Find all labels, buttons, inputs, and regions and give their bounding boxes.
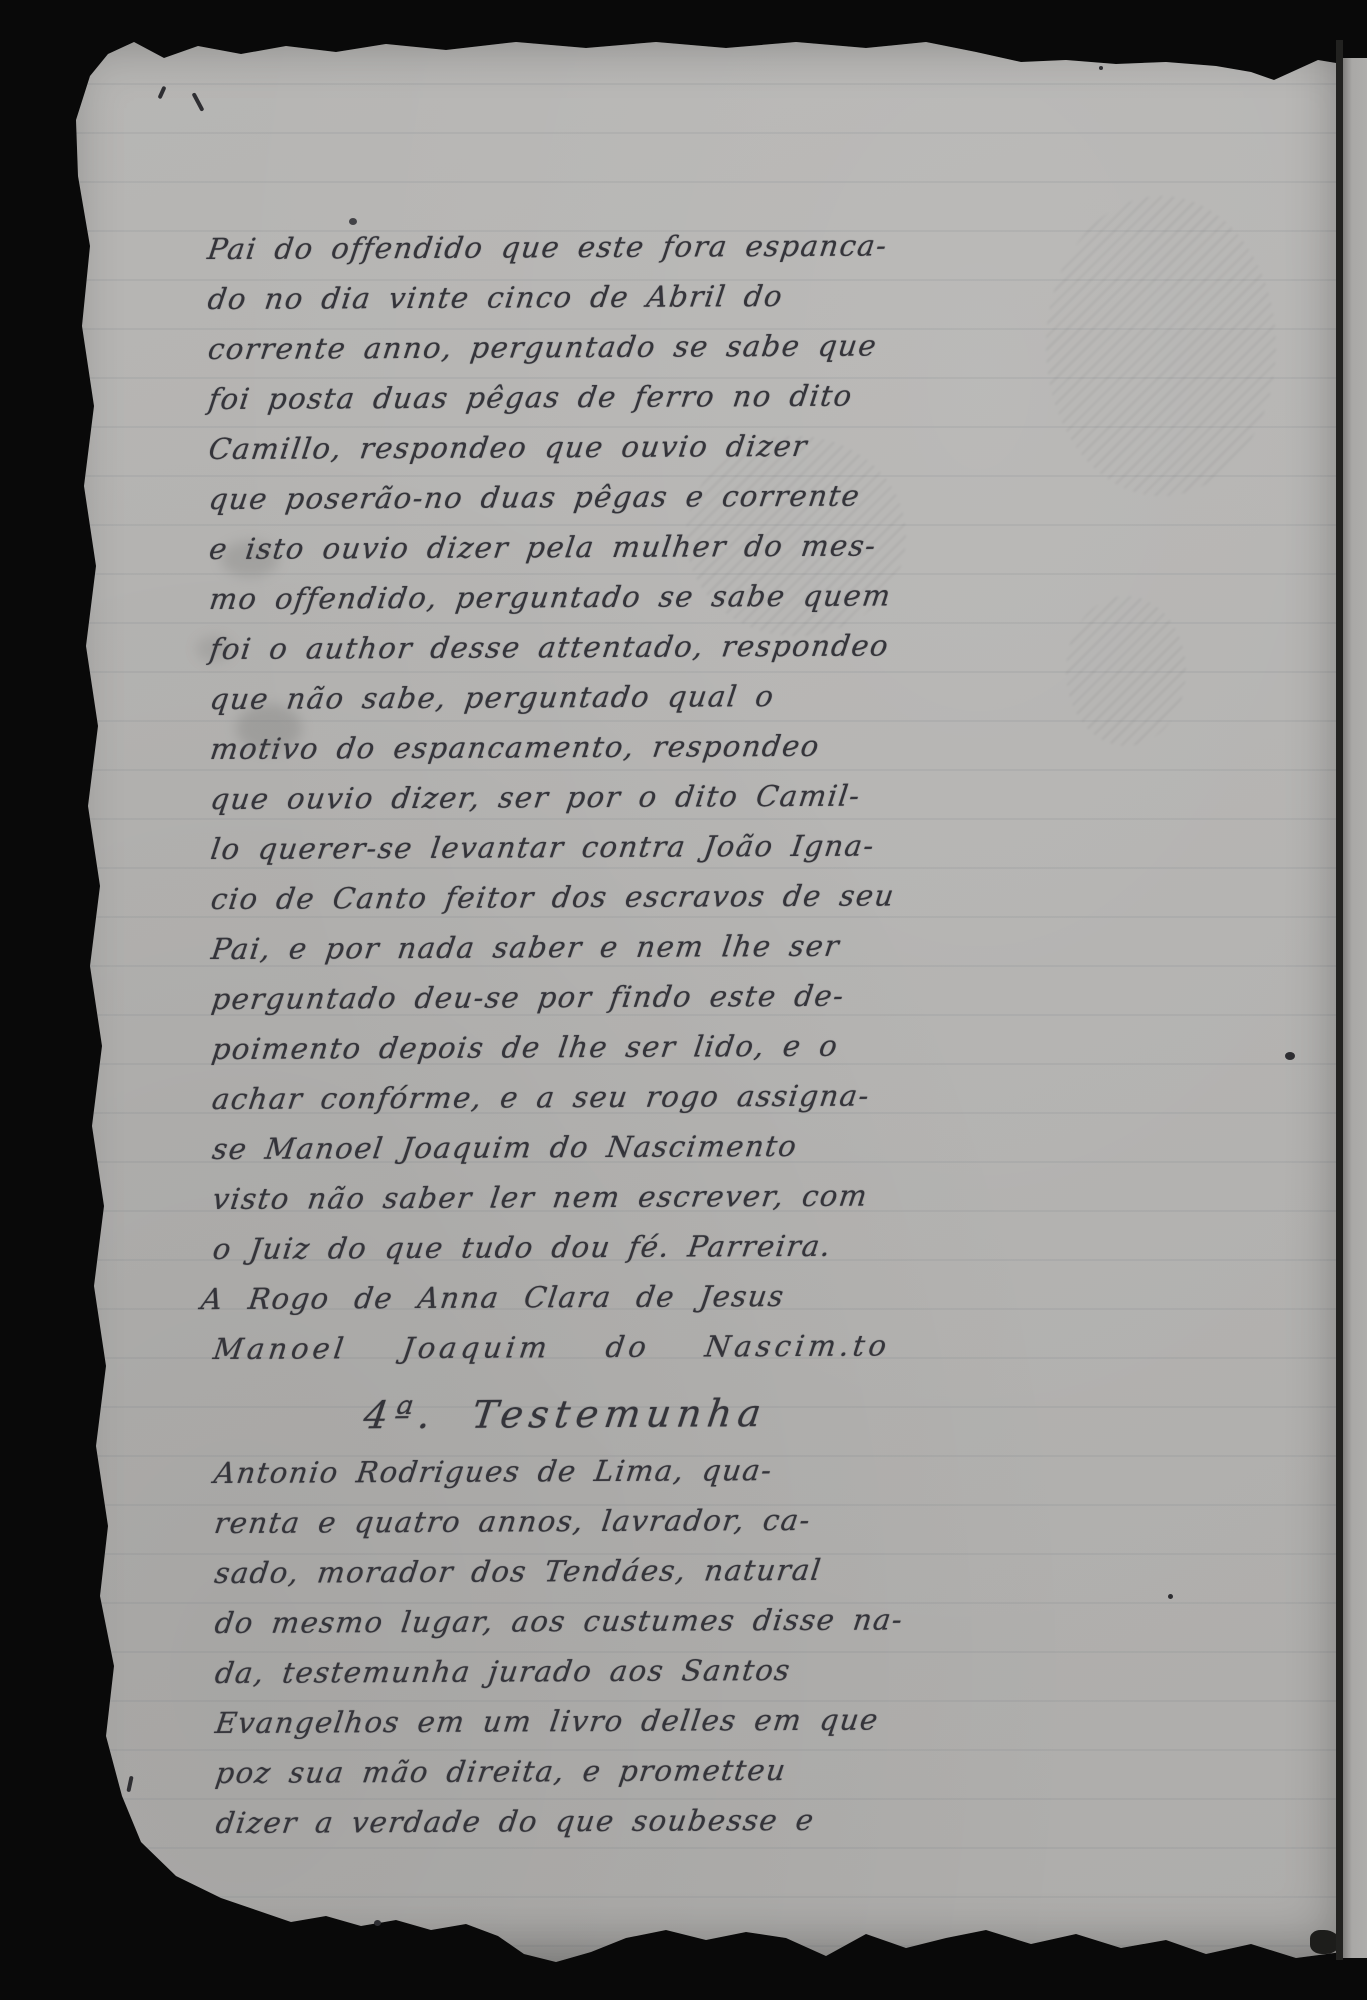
scanned-document: Pai do offendido que este fora espanca- …: [0, 0, 1367, 2000]
manuscript-line: poz sua mão direita, e prometteu: [212, 1744, 999, 1798]
manuscript-line: foi posta duas pêgas de ferro no dito: [205, 370, 992, 424]
manuscript-line: perguntado deu-se por findo este de-: [208, 970, 995, 1024]
manuscript-line: do no dia vinte cinco de Abril do: [205, 270, 992, 324]
manuscript-line: cio de Canto feitor dos escravos de seu: [208, 870, 995, 924]
manuscript-line: poimento depois de lhe ser lido, e o: [209, 1020, 996, 1074]
manuscript-line: do mesmo lugar, aos custumes disse na-: [212, 1594, 999, 1648]
manuscript-line: Antonio Rodrigues de Lima, qua-: [211, 1444, 998, 1498]
manuscript-line: e isto ouvio dizer pela mulher do mes-: [206, 520, 993, 574]
manuscript-line: foi o author desse attentado, respondeo: [207, 620, 994, 674]
manuscript-line: renta e quatro annos, lavrador, ca-: [211, 1494, 998, 1548]
ink-showthrough-smudge: [1066, 596, 1186, 746]
section-heading-fourth-witness: 4ª. Testemunha: [360, 1386, 997, 1441]
manuscript-line: que poserão-no duas pêgas e corrente: [206, 470, 993, 524]
ink-showthrough-smudge: [1046, 196, 1276, 496]
manuscript-line: o Juiz do que tudo dou fé. Parreira.: [210, 1220, 997, 1274]
manuscript-line: se Manoel Joaquim do Nascimento: [209, 1120, 996, 1174]
manuscript-line: Pai do offendido que este fora espanca-: [205, 220, 992, 274]
manuscript-line: sado, morador dos Tendáes, natural: [211, 1544, 998, 1598]
manuscript-line: dizer a verdade do que soubesse e: [213, 1794, 1000, 1848]
manuscript-line: motivo do espancamento, respondeo: [207, 720, 994, 774]
manuscript-line: mo offendido, perguntado se sabe quem: [206, 570, 993, 624]
manuscript-line: que ouvio dizer, ser por o dito Camil-: [207, 770, 994, 824]
manuscript-line: visto não saber ler nem escrever, com: [209, 1170, 996, 1224]
manuscript-line: achar confórme, e a seu rogo assigna-: [209, 1070, 996, 1124]
manuscript-line: lo querer-se levantar contra João Igna-: [208, 820, 995, 874]
manuscript-line: que não sabe, perguntado qual o: [207, 670, 994, 724]
manuscript-line: Pai, e por nada saber e nem lhe ser: [208, 920, 995, 974]
manuscript-line: Evangelhos em um livro delles em que: [212, 1694, 999, 1748]
manuscript-line-signature-rogo: A Rogo de Anna Clara de Jesus: [198, 1270, 997, 1324]
manuscript-line: corrente anno, perguntado se sabe que: [205, 320, 992, 374]
handwritten-text: Pai do offendido que este fora espanca- …: [208, 220, 996, 1848]
manuscript-line: Camillo, respondeo que ouvio dizer: [206, 420, 993, 474]
manuscript-line: da, testemunha jurado aos Santos: [212, 1644, 999, 1698]
adjacent-page-edge: [1343, 58, 1367, 1958]
page-gutter-shadow: [1336, 40, 1343, 1960]
manuscript-line-signature: Manoel Joaquim do Nascim.to: [210, 1320, 997, 1374]
